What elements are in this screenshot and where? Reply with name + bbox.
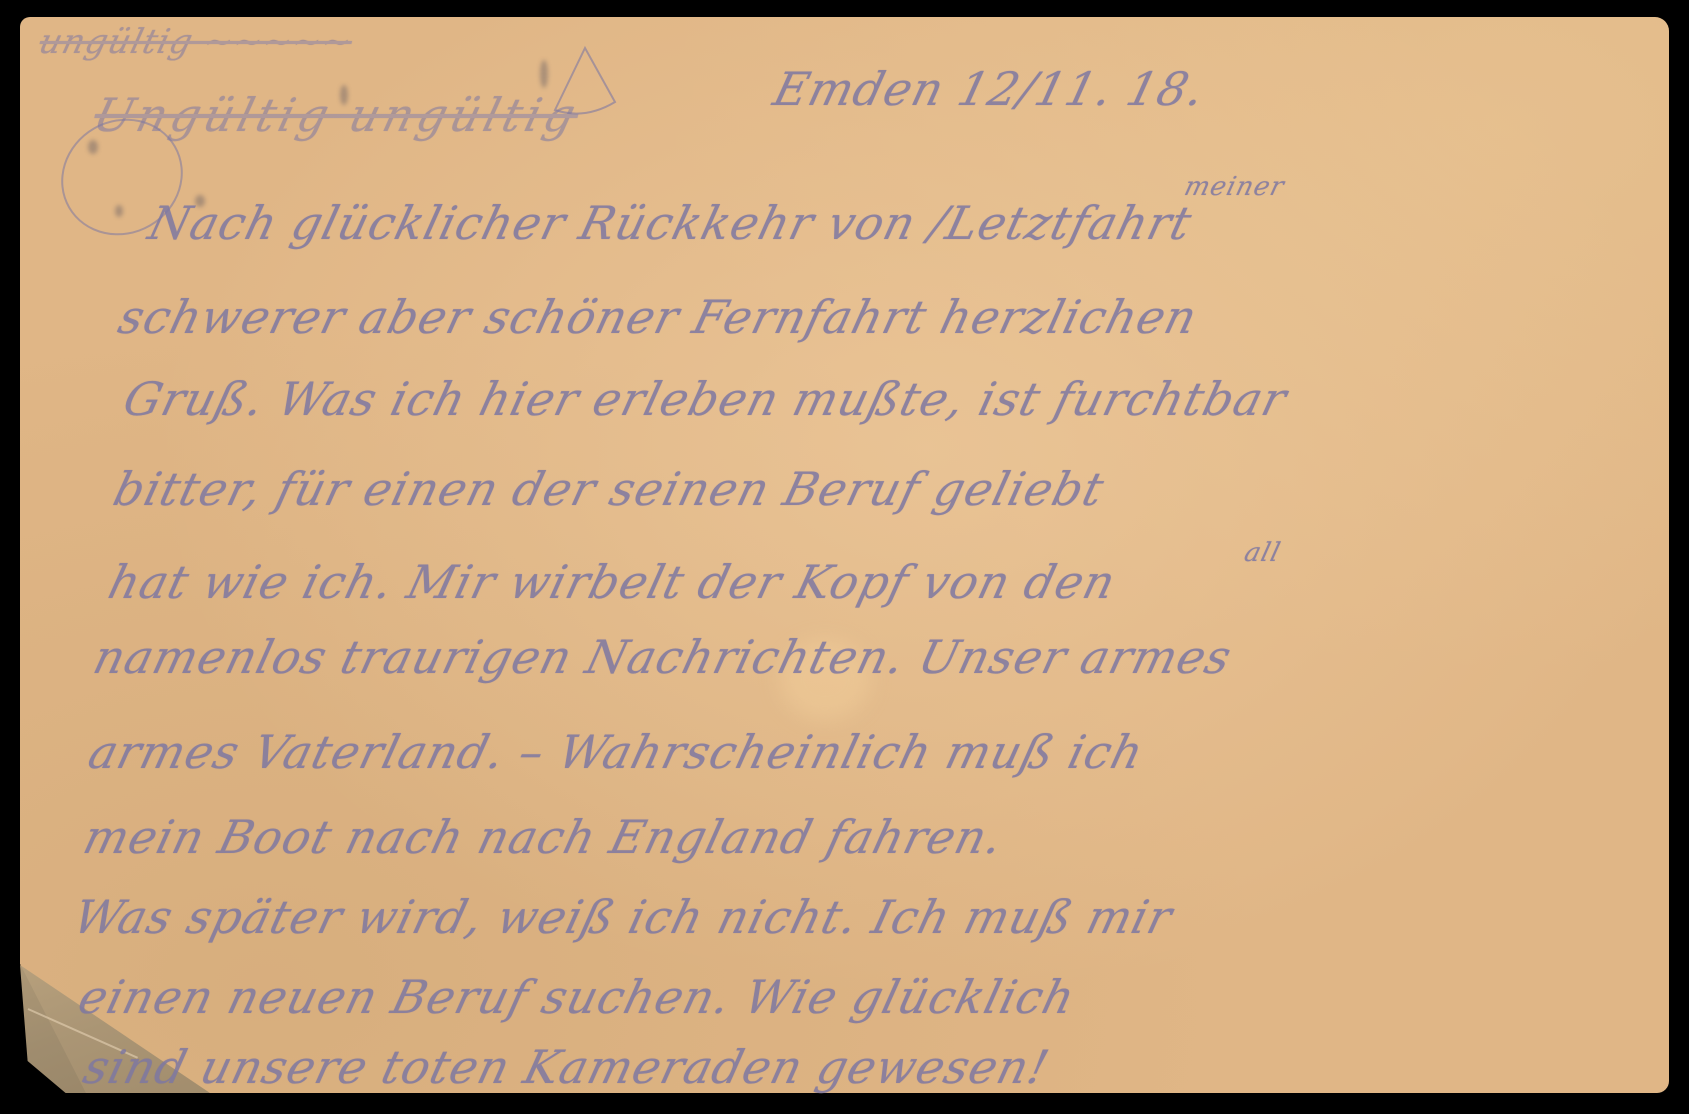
body-line-9: Was später wird, weiß ich nicht. Ich muß…	[68, 890, 1178, 944]
date-line: Emden 12/11. 18.	[768, 62, 1211, 116]
body-line-5: hat wie ich. Mir wirbelt der Kopf von de…	[103, 555, 1121, 609]
body-line-11: sind unsere toten Kameraden gewesen!	[78, 1040, 1055, 1094]
body-line-6: namenlos traurigen Nachrichten. Unser ar…	[88, 630, 1237, 684]
body-line-8: mein Boot nach nach England fahren.	[78, 810, 1009, 864]
header-scribble-1: ungültig ~~~~~	[35, 22, 357, 62]
body-line-4: bitter, für einen der seinen Beruf gelie…	[108, 462, 1110, 516]
header-scribble-2: Ungültig ungültig	[88, 88, 585, 142]
insert-word-all: all	[1241, 538, 1284, 568]
body-line-3: Gruß. Was ich hier erleben mußte, ist fu…	[118, 372, 1292, 426]
body-line-10: einen neuen Beruf suchen. Wie glücklich	[73, 970, 1081, 1024]
body-line-1: Nach glücklicher Rückkehr von /Letztfahr…	[143, 196, 1197, 250]
body-line-2: schwerer aber schöner Fernfahrt herzlich…	[113, 290, 1203, 344]
body-line-7: armes Vaterland. – Wahrscheinlich muß ic…	[83, 725, 1149, 779]
